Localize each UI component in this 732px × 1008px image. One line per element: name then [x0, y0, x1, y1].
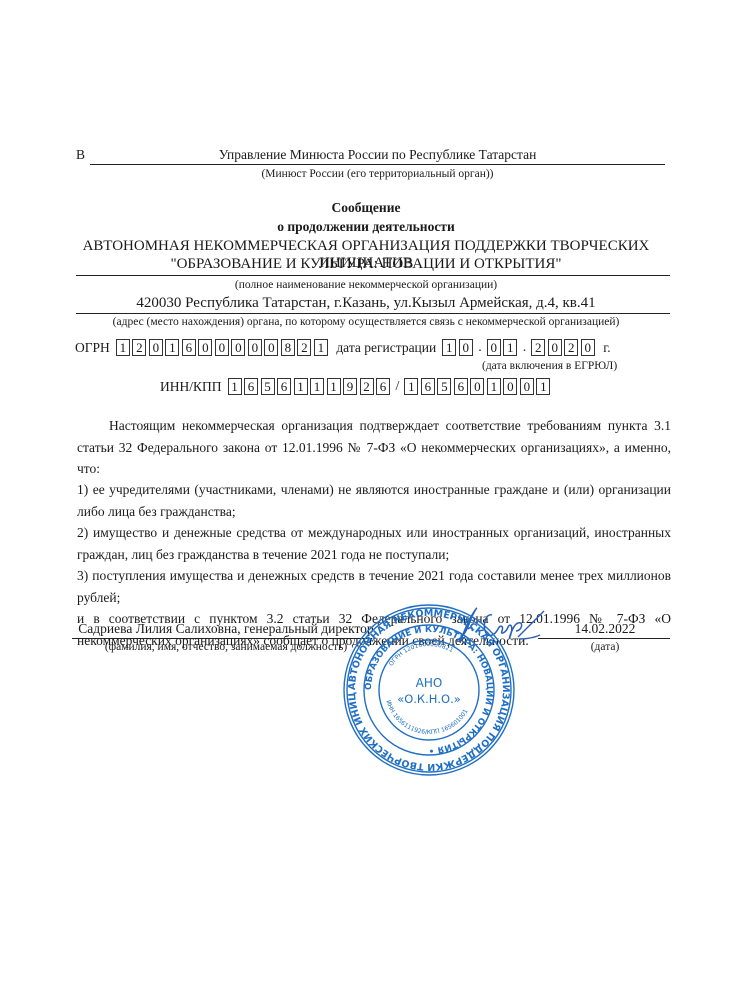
stamp-ogrn-text: ОГРН 1201600000821 — [388, 641, 455, 668]
date-digit-box: 0 — [548, 339, 562, 356]
kpp-digit-box: 5 — [437, 378, 451, 395]
org-name-line2: "ОБРАЗОВАНИЕ И КУЛЬТУРА: НОВАЦИИ И ОТКРЫ… — [60, 256, 672, 273]
inn-digit-box: 1 — [310, 378, 324, 395]
org-address: 420030 Республика Татарстан, г.Казань, у… — [60, 295, 672, 312]
date-digit-box: 2 — [564, 339, 578, 356]
date-digit-box: 0 — [459, 339, 473, 356]
body-intro: Настоящим некоммерческая организация под… — [77, 415, 671, 480]
recipient-caption: (Минюст России (его территориальный орга… — [90, 168, 665, 180]
date-sep: . — [478, 340, 482, 356]
date-caption-bottom: (дата) — [540, 641, 670, 653]
inn-digit-box: 2 — [360, 378, 374, 395]
kpp-digit-box: 6 — [421, 378, 435, 395]
ogrn-digit-box: 2 — [297, 339, 311, 356]
ogrn-digit-box: 0 — [198, 339, 212, 356]
inn-digit-box: 6 — [277, 378, 291, 395]
ogrn-digit-box: 1 — [165, 339, 179, 356]
kpp-digit-box: 1 — [536, 378, 550, 395]
body-item-1: 1) ее учредителями (участниками, членами… — [77, 479, 671, 522]
org-address-caption: (адрес (место нахождения) органа, по кот… — [60, 316, 672, 328]
date-year-boxes: 2020 — [531, 339, 597, 356]
date-month-boxes: 01 — [487, 339, 520, 356]
kpp-boxes: 165601001 — [404, 378, 553, 395]
document-title: Сообщение — [60, 200, 672, 216]
inn-digit-box: 9 — [343, 378, 357, 395]
org-name-caption: (полное наименование некоммерческой орга… — [60, 279, 672, 291]
official-stamp: АВТОНОМНАЯ НЕКОММЕРЧЕСКАЯ ОРГАНИЗАЦИЯ ПО… — [342, 603, 516, 777]
date-day-boxes: 10 — [442, 339, 475, 356]
body-item-3: 3) поступления имущества и денежных сред… — [77, 565, 671, 608]
inn-boxes: 1656111926 — [228, 378, 393, 395]
date-digit-box: 2 — [531, 339, 545, 356]
signature-date: 14.02.2022 — [540, 621, 670, 637]
inn-kpp-row: ИНН/КПП 1656111926 / 165601001 — [160, 378, 553, 395]
ogrn-digit-box: 1 — [314, 339, 328, 356]
date-digit-box: 0 — [581, 339, 595, 356]
ogrn-label: ОГРН — [75, 340, 110, 356]
ogrn-digit-box: 6 — [182, 339, 196, 356]
recipient-underline — [90, 164, 665, 165]
date-sep: . — [523, 340, 527, 356]
inn-digit-box: 1 — [327, 378, 341, 395]
inn-kpp-sep: / — [396, 379, 400, 395]
ogrn-digit-box: 0 — [248, 339, 262, 356]
date-digit-box: 1 — [503, 339, 517, 356]
signer-underline — [72, 638, 372, 639]
inn-kpp-label: ИНН/КПП — [160, 379, 222, 395]
date-suffix: г. — [603, 340, 610, 356]
ogrn-digit-box: 0 — [149, 339, 163, 356]
date-digit-box: 0 — [487, 339, 501, 356]
kpp-digit-box: 1 — [404, 378, 418, 395]
body-item-2: 2) имущество и денежные средства от межд… — [77, 522, 671, 565]
inn-digit-box: 1 — [228, 378, 242, 395]
ogrn-digit-box: 2 — [132, 339, 146, 356]
inn-digit-box: 6 — [376, 378, 390, 395]
date-caption: (дата включения в ЕГРЮЛ) — [482, 360, 617, 372]
date-label: дата регистрации — [336, 340, 436, 356]
inn-digit-box: 1 — [294, 378, 308, 395]
date-digit-box: 1 — [442, 339, 456, 356]
stamp-center-line2: «О.К.Н.О.» — [397, 692, 461, 706]
ogrn-digit-box: 0 — [215, 339, 229, 356]
ogrn-digit-box: 0 — [264, 339, 278, 356]
ogrn-boxes: 1201600000821 — [116, 339, 331, 356]
recipient: Управление Минюста России по Республике … — [90, 147, 665, 163]
signer-caption: (фамилия, имя, отчество, занимаемая долж… — [76, 641, 376, 653]
date-underline — [538, 638, 670, 639]
ogrn-digit-box: 1 — [116, 339, 130, 356]
kpp-digit-box: 0 — [470, 378, 484, 395]
ogrn-digit-box: 8 — [281, 339, 295, 356]
kpp-digit-box: 0 — [520, 378, 534, 395]
org-name-underline — [76, 275, 670, 276]
ogrn-row: ОГРН 1201600000821 дата регистрации 10 .… — [75, 339, 611, 356]
org-address-underline — [76, 313, 670, 314]
inn-digit-box: 5 — [261, 378, 275, 395]
kpp-digit-box: 1 — [487, 378, 501, 395]
signer-name: Садриева Лилия Салиховна, генеральный ди… — [76, 621, 376, 637]
inn-digit-box: 6 — [244, 378, 258, 395]
kpp-digit-box: 6 — [454, 378, 468, 395]
document-subtitle: о продолжении деятельности — [60, 219, 672, 235]
ogrn-digit-box: 0 — [231, 339, 245, 356]
to-prefix: В — [76, 147, 85, 163]
stamp-center-line1: АНО — [416, 676, 443, 690]
kpp-digit-box: 0 — [503, 378, 517, 395]
